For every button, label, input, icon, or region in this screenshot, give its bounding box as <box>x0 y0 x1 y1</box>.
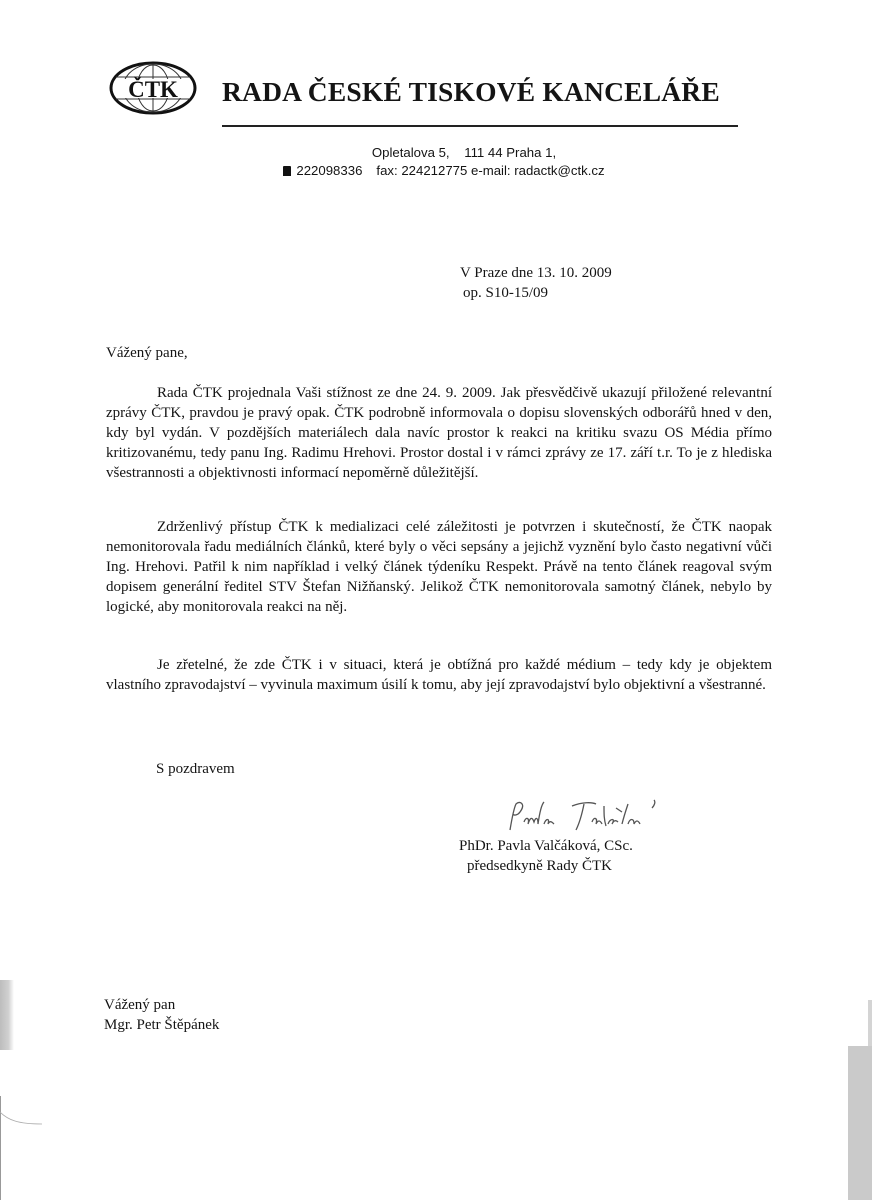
ctk-logo: ČTK <box>108 60 198 116</box>
addressee-greeting: Vážený pan <box>104 995 219 1015</box>
reference-number: op. S10-15/09 <box>460 283 612 303</box>
addressee-block: Vážený pan Mgr. Petr Štěpánek <box>104 995 219 1035</box>
addressee-name: Mgr. Petr Štěpánek <box>104 1015 219 1035</box>
svg-text:ČTK: ČTK <box>128 76 178 102</box>
closing: S pozdravem <box>156 759 235 779</box>
contact-block: Opletalova 5, 111 44 Praha 1, 222098336f… <box>0 144 872 180</box>
body-paragraph-2: Zdrženlivý přístup ČTK k medializaci cel… <box>106 517 772 617</box>
phone-number: 222098336 <box>296 163 362 178</box>
scan-edge-shadow <box>0 980 14 1050</box>
address-line: Opletalova 5, 111 44 Praha 1, <box>0 144 872 162</box>
body-paragraph-3: Je zřetelné, že zde ČTK i v situaci, kte… <box>106 655 772 695</box>
scan-edge-shadow <box>868 1000 872 1046</box>
scan-fold-mark <box>0 1110 44 1140</box>
organization-title: RADA ČESKÉ TISKOVÉ KANCELÁŘE <box>222 76 720 108</box>
phone-icon <box>283 166 291 176</box>
scan-edge-shadow <box>848 1046 872 1200</box>
header-divider <box>222 125 738 127</box>
email-address[interactable]: e-mail: radactk@ctk.cz <box>471 163 605 178</box>
contact-line: 222098336fax: 224212775 e-mail: radactk@… <box>0 162 872 180</box>
handwritten-signature <box>504 796 674 840</box>
signer-role: předsedkyně Rady ČTK <box>459 856 633 876</box>
globe-icon: ČTK <box>108 60 198 116</box>
body-paragraph-1: Rada ČTK projednala Vaši stížnost ze dne… <box>106 383 772 483</box>
fax-number: fax: 224212775 <box>376 163 467 178</box>
salutation: Vážený pane, <box>106 343 188 363</box>
date-reference-block: V Praze dne 13. 10. 2009 op. S10-15/09 <box>460 263 612 303</box>
signer-block: PhDr. Pavla Valčáková, CSc. předsedkyně … <box>459 836 633 876</box>
place-date: V Praze dne 13. 10. 2009 <box>460 263 612 283</box>
signer-name: PhDr. Pavla Valčáková, CSc. <box>459 836 633 856</box>
